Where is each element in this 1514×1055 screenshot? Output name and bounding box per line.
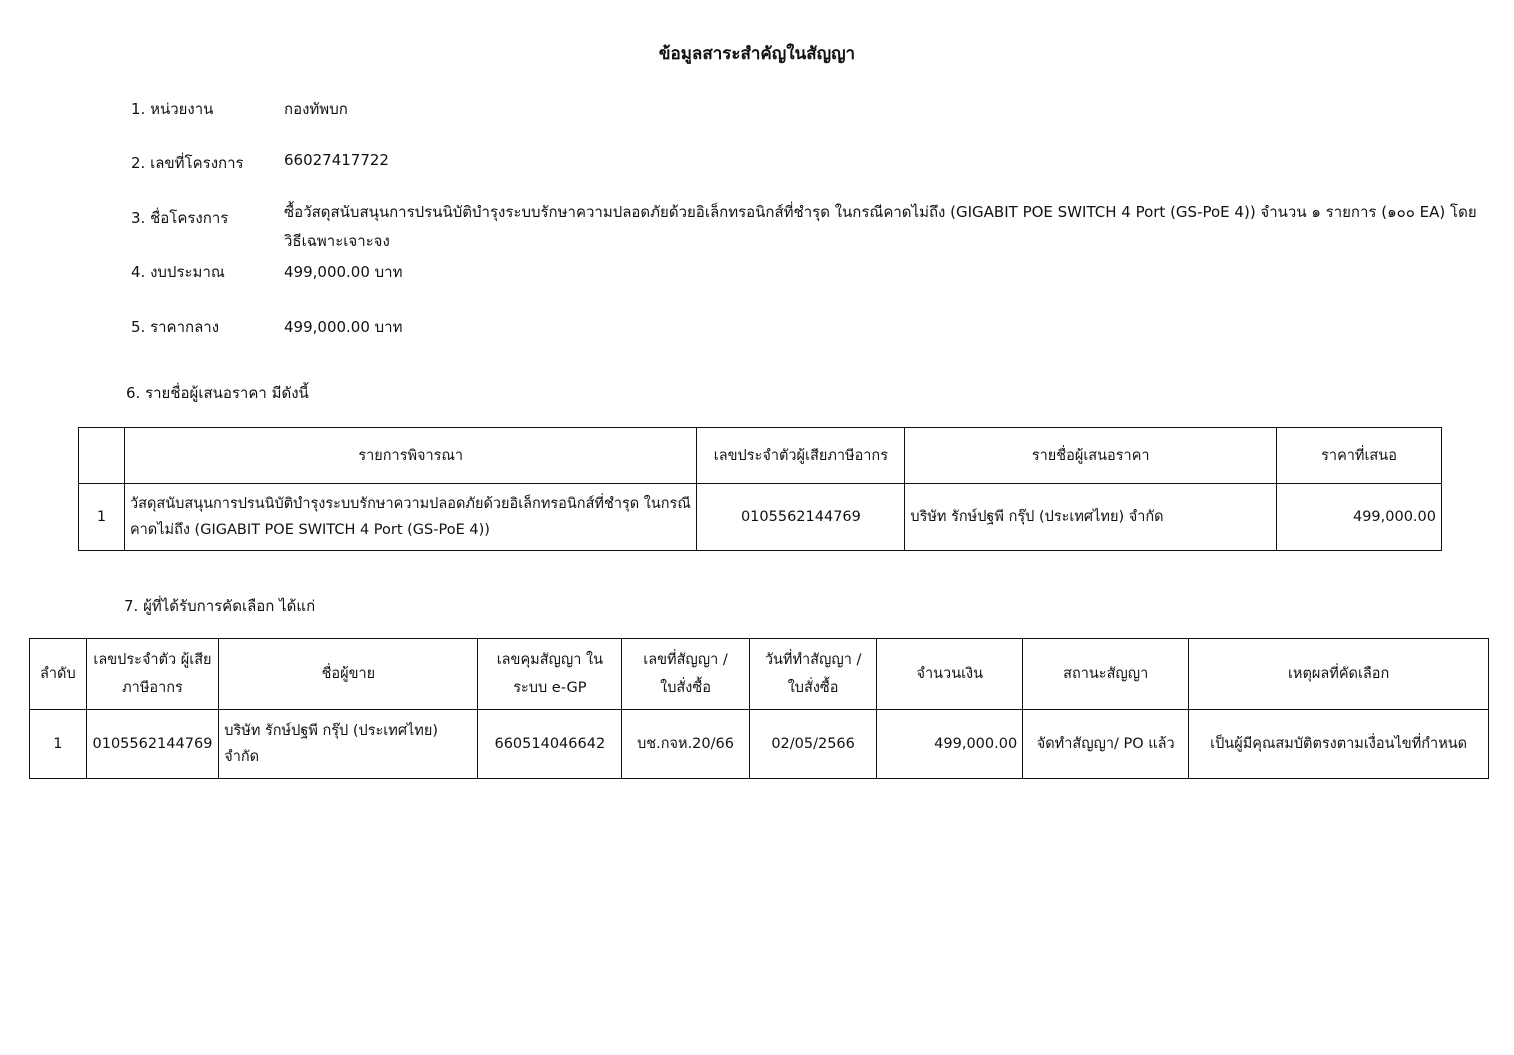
offered-price: 499,000.00 [1277,484,1442,551]
item-description: วัสดุสนับสนุนการปรนนิบัติบำรุงระบบรักษาค… [124,484,696,551]
column-header: สถานะสัญญา [1023,639,1189,710]
contract-date: 02/05/2566 [749,710,877,779]
row-number: 1 [30,710,87,779]
column-header: จำนวนเงิน [877,639,1023,710]
field-label: 1. หน่วยงาน [131,97,213,121]
selected-vendor-table: ลำดับ เลขประจำตัว ผู้เสียภาษีอากร ชื่อผู… [29,638,1489,779]
column-header: วันที่ทำสัญญา / ใบสั่งซื้อ [749,639,877,710]
table-row: 1 วัสดุสนับสนุนการปรนนิบัติบำรุงระบบรักษ… [79,484,1442,551]
table-header-row: ลำดับ เลขประจำตัว ผู้เสียภาษีอากร ชื่อผู… [30,639,1489,710]
bidders-table: รายการพิจารณา เลขประจำตัวผู้เสียภาษีอากร… [78,427,1442,551]
field-value: 499,000.00 บาท [284,260,402,284]
field-label: 3. ชื่อโครงการ [131,206,228,230]
section7-heading: 7. ผู้ที่ได้รับการคัดเลือก ได้แก่ [124,594,315,618]
section6-heading: 6. รายชื่อผู้เสนอราคา มีดังนี้ [126,381,309,405]
column-header: ลำดับ [30,639,87,710]
field-value: 499,000.00 บาท [284,315,402,339]
row-number: 1 [79,484,125,551]
amount: 499,000.00 [877,710,1023,779]
tax-id: 0105562144769 [86,710,219,779]
bidder-name: บริษัท รักษ์ปฐพี กรุ๊ป (ประเทศไทย) จำกัด [905,484,1277,551]
selection-reason: เป็นผู้มีคุณสมบัติตรงตามเงื่อนไขที่กำหนด [1189,710,1489,779]
column-header: ราคาที่เสนอ [1277,428,1442,484]
column-header: เลขประจำตัวผู้เสียภาษีอากร [697,428,905,484]
tax-id: 0105562144769 [697,484,905,551]
field-label: 4. งบประมาณ [131,260,225,284]
field-label: 2. เลขที่โครงการ [131,151,244,175]
egp-control-number: 660514046642 [478,710,622,779]
table-row: 1 0105562144769 บริษัท รักษ์ปฐพี กรุ๊ป (… [30,710,1489,779]
contract-number: บช.กจห.20/66 [622,710,750,779]
column-header: เลขที่สัญญา / ใบสั่งซื้อ [622,639,750,710]
seller-name: บริษัท รักษ์ปฐพี กรุ๊ป (ประเทศไทย) จำกัด [219,710,478,779]
contract-status: จัดทำสัญญา/ PO แล้ว [1023,710,1189,779]
field-value: 66027417722 [284,151,389,169]
column-header: เหตุผลที่คัดเลือก [1189,639,1489,710]
column-header: รายชื่อผู้เสนอราคา [905,428,1277,484]
field-label: 5. ราคากลาง [131,315,219,339]
column-header: เลขคุมสัญญา ในระบบ e-GP [478,639,622,710]
document-title: ข้อมูลสาระสำคัญในสัญญา [0,40,1514,67]
column-header: ชื่อผู้ขาย [219,639,478,710]
table-header-row: รายการพิจารณา เลขประจำตัวผู้เสียภาษีอากร… [79,428,1442,484]
column-header: รายการพิจารณา [124,428,696,484]
column-header [79,428,125,484]
field-value: ซื้อวัสดุสนับสนุนการปรนนิบัติบำรุงระบบรั… [284,198,1484,256]
field-value: กองทัพบก [284,97,348,121]
column-header: เลขประจำตัว ผู้เสียภาษีอากร [86,639,219,710]
